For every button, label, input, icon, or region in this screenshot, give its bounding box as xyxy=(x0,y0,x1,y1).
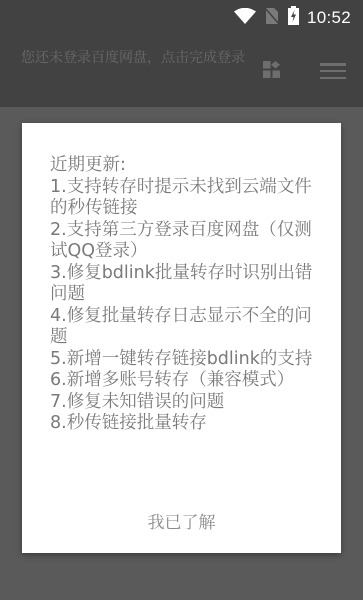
update-item: 8.秒传链接批量转存 xyxy=(50,413,322,435)
status-bar: 10:52 xyxy=(0,0,363,35)
wifi-icon xyxy=(234,8,256,28)
dialog-title: 近期更新: xyxy=(50,155,322,177)
update-item: 5.新增一键转存链接bdlink的支持 xyxy=(50,349,322,371)
confirm-button[interactable]: 我已了解 xyxy=(22,508,341,533)
update-item: 7.修复未知错误的问题 xyxy=(50,392,322,414)
status-time: 10:52 xyxy=(307,8,351,28)
app-bar: 您还未登录百度网盘，点击完成登录 xyxy=(0,35,363,107)
no-sim-icon xyxy=(264,7,280,29)
update-item: 6.新增多账号转存（兼容模式） xyxy=(50,370,322,392)
grid-add-icon[interactable] xyxy=(263,61,280,78)
update-dialog: 近期更新: 1.支持转存时提示未找到云端文件的秒传链接 2.支持第三方登录百度网… xyxy=(22,123,341,553)
update-item: 4.修复批量转存日志显示不全的问题 xyxy=(50,306,322,349)
login-hint-link[interactable]: 您还未登录百度网盘，点击完成登录 xyxy=(21,49,261,68)
update-item: 2.支持第三方登录百度网盘（仅测试QQ登录） xyxy=(50,220,322,263)
menu-icon[interactable] xyxy=(320,63,346,79)
battery-charging-icon xyxy=(288,6,299,29)
update-item: 1.支持转存时提示未找到云端文件的秒传链接 xyxy=(50,177,322,220)
update-message: 近期更新: 1.支持转存时提示未找到云端文件的秒传链接 2.支持第三方登录百度网… xyxy=(50,155,322,435)
update-item: 3.修复bdlink批量转存时识别出错问题 xyxy=(50,263,322,306)
